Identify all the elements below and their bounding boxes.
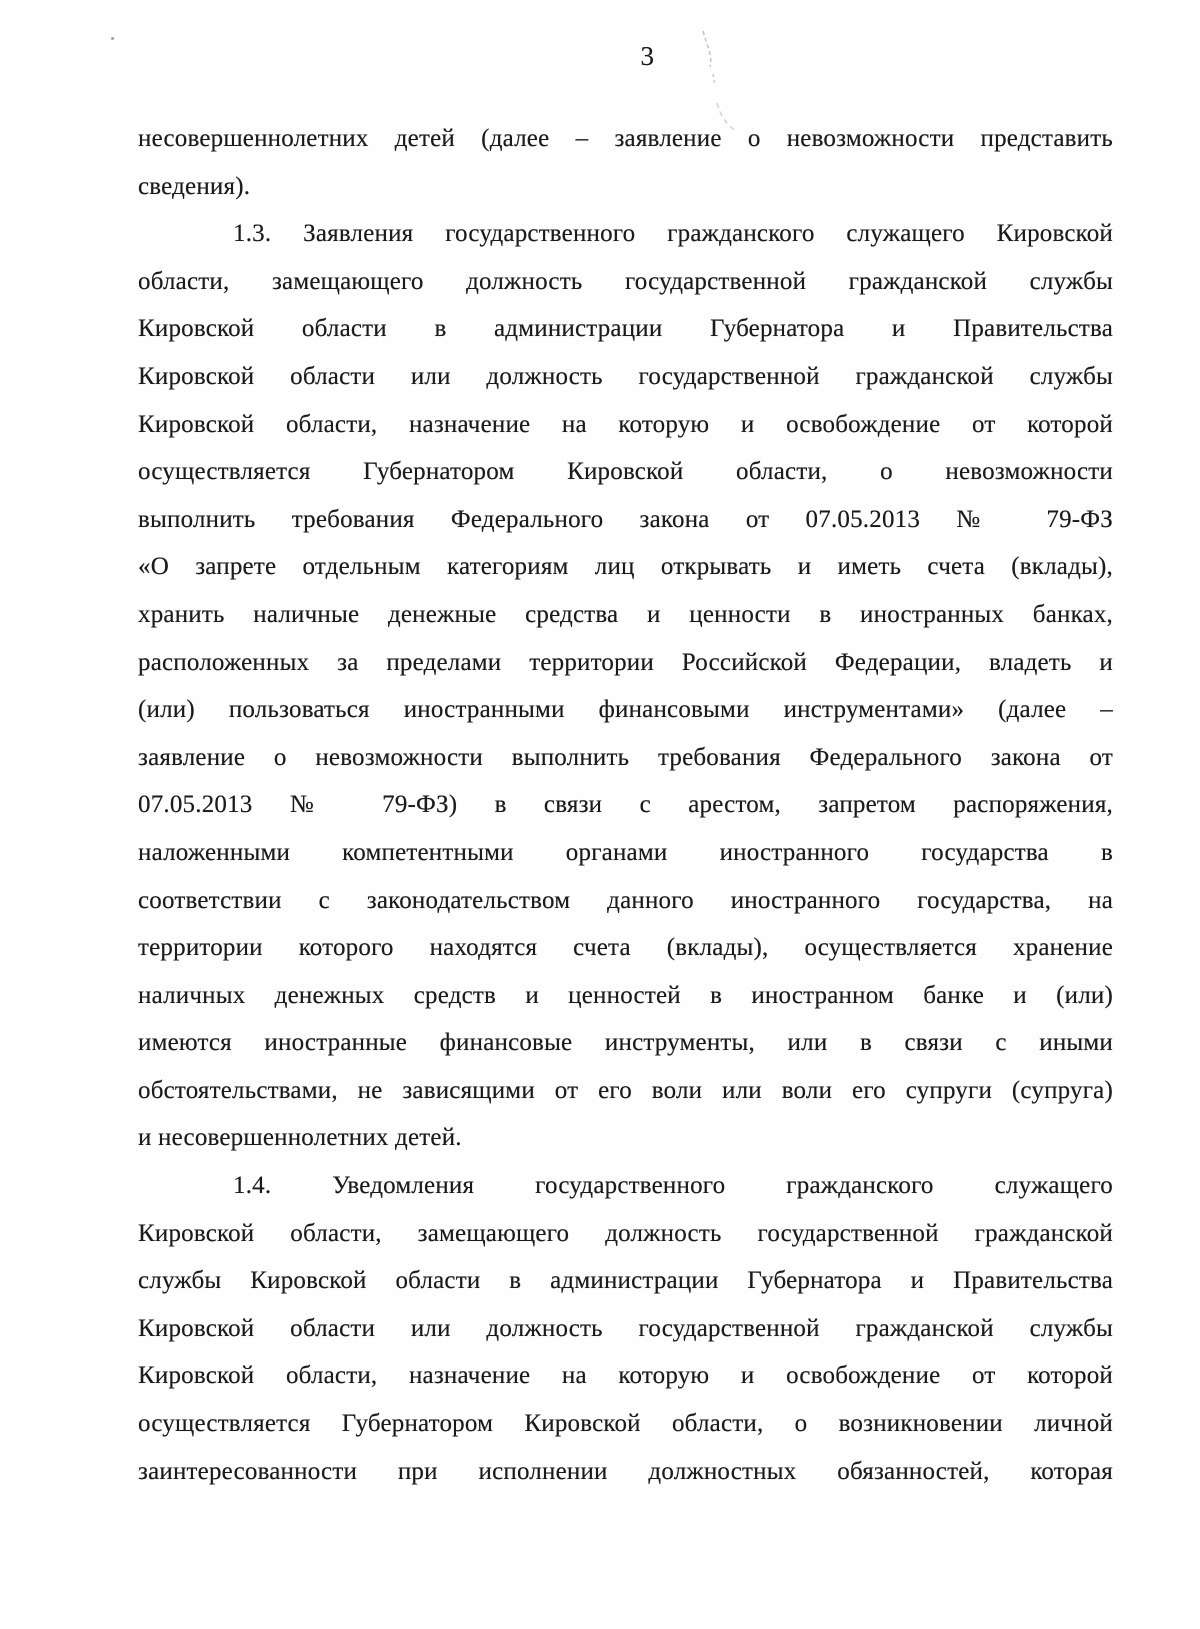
text-line: Кировской области или должность государс… xyxy=(138,353,1113,401)
text-line: области, замещающего должность государст… xyxy=(138,258,1113,306)
text-line: наложенными компетентными органами иност… xyxy=(138,829,1113,877)
text-line: (или) пользоваться иностранными финансов… xyxy=(138,686,1113,734)
paragraph-1-4: 1.4. Уведомления государственного гражда… xyxy=(138,1162,1113,1495)
text-line: 07.05.2013 № 79-ФЗ) в связи с арестом, з… xyxy=(138,781,1113,829)
scan-speck xyxy=(111,37,114,40)
text-line: Кировской области, назначение на которую… xyxy=(138,401,1113,449)
text-line: Кировской области в администрации Губерн… xyxy=(138,305,1113,353)
text-line: 1.3. Заявления государственного гражданс… xyxy=(138,210,1113,258)
text-line: выполнить требования Федерального закона… xyxy=(138,496,1113,544)
text-line: Кировской области, замещающего должность… xyxy=(138,1210,1113,1258)
paragraph-1-3: 1.3. Заявления государственного гражданс… xyxy=(138,210,1113,1162)
text-line: заявление о невозможности выполнить треб… xyxy=(138,734,1113,782)
text-line: несовершеннолетних детей (далее – заявле… xyxy=(138,115,1113,163)
text-line: и несовершеннолетних детей. xyxy=(138,1114,1113,1162)
paragraph-continuation: несовершеннолетних детей (далее – заявле… xyxy=(138,115,1113,210)
page-number: 3 xyxy=(160,41,1135,72)
text-line: наличных денежных средств и ценностей в … xyxy=(138,972,1113,1020)
text-line: осуществляется Губернатором Кировской об… xyxy=(138,1400,1113,1448)
text-line: Кировской области или должность государс… xyxy=(138,1305,1113,1353)
text-line: 1.4. Уведомления государственного гражда… xyxy=(138,1162,1113,1210)
text-line: осуществляется Губернатором Кировской об… xyxy=(138,448,1113,496)
text-line: имеются иностранные финансовые инструмен… xyxy=(138,1019,1113,1067)
text-line: службы Кировской области в администрации… xyxy=(138,1257,1113,1305)
text-line: территории которого находятся счета (вкл… xyxy=(138,924,1113,972)
text-line: соответствии с законодательством данного… xyxy=(138,877,1113,925)
text-line: Кировской области, назначение на которую… xyxy=(138,1352,1113,1400)
text-line: заинтересованности при исполнении должно… xyxy=(138,1448,1113,1496)
text-line: хранить наличные денежные средства и цен… xyxy=(138,591,1113,639)
document-page: 3 несовершеннолетних детей (далее – заяв… xyxy=(0,0,1200,1629)
document-body: несовершеннолетних детей (далее – заявле… xyxy=(138,115,1113,1495)
text-line: расположенных за пределами территории Ро… xyxy=(138,639,1113,687)
text-line: «О запрете отдельным категориям лиц откр… xyxy=(138,543,1113,591)
text-line: сведения). xyxy=(138,163,1113,211)
text-line: обстоятельствами, не зависящими от его в… xyxy=(138,1067,1113,1115)
